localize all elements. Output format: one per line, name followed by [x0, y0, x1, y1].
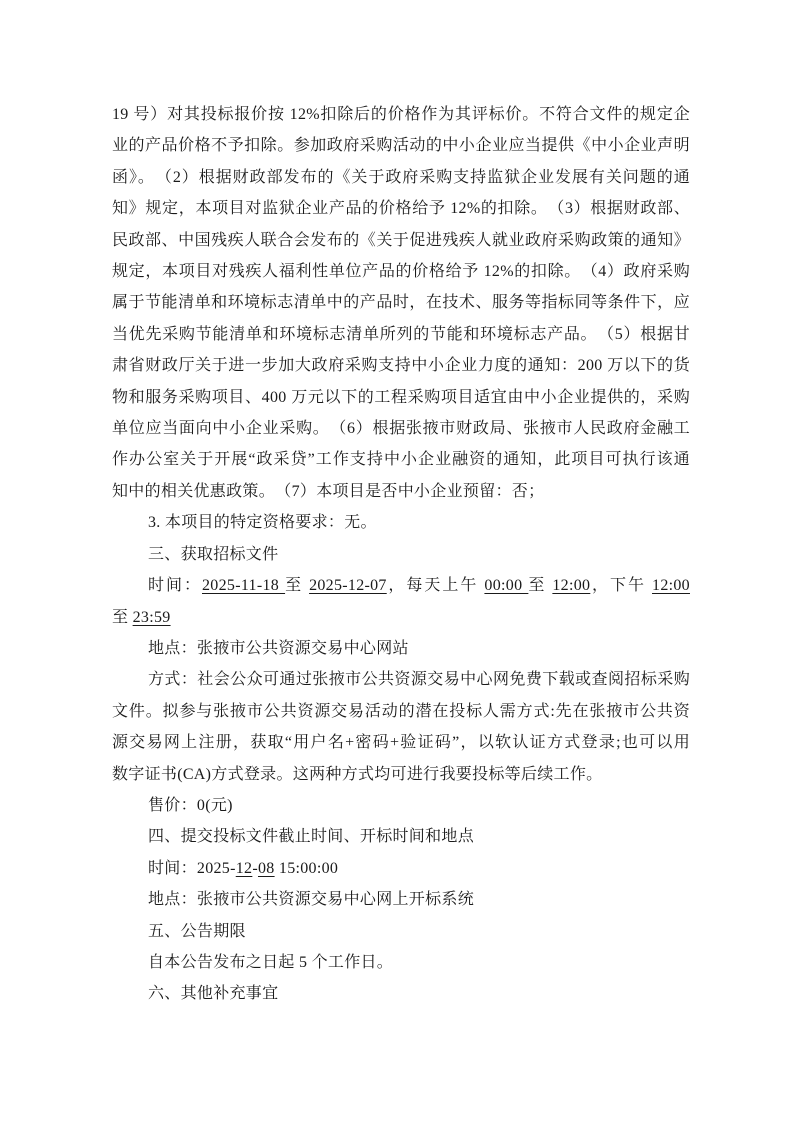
text-segment: 数字证书(CA)方式登录。这两种方式均可进行我要投标等后续工作。 — [112, 766, 602, 783]
section-4-heading: 四、提交投标文件截止时间、开标时间和地点 — [112, 821, 690, 852]
underlined-text: 00:00 — [484, 577, 528, 594]
policy-paragraph-line: 作办公室关于开展“政采贷”工作支持中小企业融资的通知，此项目可执行该通 — [112, 444, 690, 475]
policy-paragraph-line: 函》。 （2）根据财政部发布的《关于政府采购支持监狱企业发展有关问题的通 — [112, 162, 690, 193]
announcement-period-line: 自本公告发布之日起 5 个工作日。 — [112, 947, 690, 978]
policy-paragraph-line: 肃省财政厅关于进一步加大政府采购支持中小企业力度的通知：200 万以下的货 — [112, 350, 690, 381]
underlined-text: 2025-11-18 — [202, 577, 285, 594]
obtain-time-line: 至 23:59 — [112, 602, 690, 633]
deadline-time-line: 时间：2025-12-08 15:00:00 — [112, 853, 690, 884]
text-segment: 文件。拟参与张掖市公共资源交易活动的潜在投标人需方式:先在张掖市公共资 — [112, 703, 690, 720]
section-5-heading: 五、公告期限 — [112, 916, 690, 947]
text-segment: 三、获取招标文件 — [148, 546, 278, 563]
underlined-text: 2025-12-07 — [309, 577, 387, 594]
text-segment: 地点：张掖市公共资源交易中心网站 — [148, 640, 409, 657]
document-page: 19 号）对其投标报价按 12%扣除后的价格作为其评标价。不符合文件的规定企业的… — [0, 0, 793, 1122]
policy-paragraph-line: 知中的相关优惠政策。 （7）本项目是否中小企业预留：否； — [112, 476, 690, 507]
text-segment: 时间： — [148, 577, 202, 594]
text-segment: 知中的相关优惠政策。 （7）本项目是否中小企业预留：否； — [112, 483, 544, 500]
policy-paragraph-line: 规定，本项目对残疾人福利性单位产品的价格给予 12%的扣除。 （4）政府采购 — [112, 256, 690, 287]
text-segment: 五、公告期限 — [148, 923, 246, 940]
deadline-location-line: 地点：张掖市公共资源交易中心网上开标系统 — [112, 884, 690, 915]
obtain-method-line: 文件。拟参与张掖市公共资源交易活动的潜在投标人需方式:先在张掖市公共资 — [112, 696, 690, 727]
text-segment: 15:00:00 — [275, 860, 339, 877]
document-body: 19 号）对其投标报价按 12%扣除后的价格作为其评标价。不符合文件的规定企业的… — [112, 99, 690, 1010]
text-segment: 业的产品价格不予扣除。参加政府采购活动的中小企业应当提供《中小企业声明 — [112, 137, 690, 154]
text-segment: 至 — [285, 577, 309, 594]
text-segment: 单位应当面向中小企业采购。 （6）根据张掖市财政局、张掖市人民政府金融工 — [112, 420, 690, 437]
text-segment: 作办公室关于开展“政采贷”工作支持中小企业融资的通知，此项目可执行该通 — [112, 451, 690, 468]
underlined-text: 23:59 — [133, 609, 171, 626]
text-segment: 地点：张掖市公共资源交易中心网上开标系统 — [148, 891, 474, 908]
text-segment: 至 — [112, 609, 133, 626]
qualification-line: 3. 本项目的特定资格要求：无。 — [112, 507, 690, 538]
policy-paragraph-line: 民政部、中国残疾人联合会发布的《关于促进残疾人就业政府采购政策的通知》 — [112, 225, 690, 256]
text-segment: 源交易网上注册，获取“用户名+密码+验证码”，以软认证方式登录;也可以用 — [112, 734, 690, 751]
text-segment: ，下午 — [590, 577, 652, 594]
text-segment: 规定，本项目对残疾人福利性单位产品的价格给予 12%的扣除。 （4）政府采购 — [112, 263, 690, 280]
underlined-text: 08 — [258, 860, 275, 877]
policy-paragraph-line: 属于节能清单和环境标志清单中的产品时，在技术、服务等指标同等条件下，应 — [112, 287, 690, 318]
obtain-location-line: 地点：张掖市公共资源交易中心网站 — [112, 633, 690, 664]
text-segment: 四、提交投标文件截止时间、开标时间和地点 — [148, 828, 474, 845]
policy-paragraph-line: 业的产品价格不予扣除。参加政府采购活动的中小企业应当提供《中小企业声明 — [112, 130, 690, 161]
obtain-method-line: 方式：社会公众可通过张掖市公共资源交易中心网免费下载或查阅招标采购 — [112, 664, 690, 695]
policy-paragraph-line: 物和服务采购项目、400 万元以下的工程采购项目适宜由中小企业提供的，采购 — [112, 382, 690, 413]
text-segment: 民政部、中国残疾人联合会发布的《关于促进残疾人就业政府采购政策的通知》 — [112, 232, 690, 249]
text-segment: 属于节能清单和环境标志清单中的产品时，在技术、服务等指标同等条件下，应 — [112, 294, 690, 311]
policy-paragraph-line: 单位应当面向中小企业采购。 （6）根据张掖市财政局、张掖市人民政府金融工 — [112, 413, 690, 444]
policy-paragraph-line: 19 号）对其投标报价按 12%扣除后的价格作为其评标价。不符合文件的规定企 — [112, 99, 690, 130]
text-segment: 物和服务采购项目、400 万元以下的工程采购项目适宜由中小企业提供的，采购 — [112, 389, 690, 406]
policy-paragraph-line: 知》规定，本项目对监狱企业产品的价格给予 12%的扣除。 （3）根据财政部、 — [112, 193, 690, 224]
text-segment: 19 号）对其投标报价按 12%扣除后的价格作为其评标价。不符合文件的规定企 — [112, 106, 690, 123]
policy-paragraph-line: 当优先采购节能清单和环境标志清单所列的节能和环境标志产品。 （5）根据甘 — [112, 319, 690, 350]
text-segment: 时间：2025- — [148, 860, 236, 877]
text-segment: 肃省财政厅关于进一步加大政府采购支持中小企业力度的通知：200 万以下的货 — [112, 357, 690, 374]
obtain-time-line: 时间：2025-11-18 至 2025-12-07，每天上午 00:00 至 … — [112, 570, 690, 601]
text-segment: 自本公告发布之日起 5 个工作日。 — [148, 954, 393, 971]
obtain-method-line: 源交易网上注册，获取“用户名+密码+验证码”，以软认证方式登录;也可以用 — [112, 727, 690, 758]
text-segment: 函》。 （2）根据财政部发布的《关于政府采购支持监狱企业发展有关问题的通 — [112, 169, 690, 186]
text-segment: 知》规定，本项目对监狱企业产品的价格给予 12%的扣除。 （3）根据财政部、 — [112, 200, 690, 217]
text-segment: 当优先采购节能清单和环境标志清单所列的节能和环境标志产品。 （5）根据甘 — [112, 326, 690, 343]
underlined-text: 12:00 — [552, 577, 590, 594]
text-segment: ，每天上午 — [387, 577, 485, 594]
underlined-text: 12 — [236, 860, 253, 877]
section-3-heading: 三、获取招标文件 — [112, 539, 690, 570]
underlined-text: 12:00 — [652, 577, 690, 594]
text-segment: 3. 本项目的特定资格要求：无。 — [148, 514, 377, 531]
text-segment: 售价：0(元) — [148, 797, 233, 814]
text-segment: 方式：社会公众可通过张掖市公共资源交易中心网免费下载或查阅招标采购 — [148, 671, 690, 688]
section-6-heading: 六、其他补充事宜 — [112, 978, 690, 1009]
text-segment: 至 — [528, 577, 552, 594]
price-line: 售价：0(元) — [112, 790, 690, 821]
text-segment: 六、其他补充事宜 — [148, 985, 278, 1002]
obtain-method-line: 数字证书(CA)方式登录。这两种方式均可进行我要投标等后续工作。 — [112, 759, 690, 790]
